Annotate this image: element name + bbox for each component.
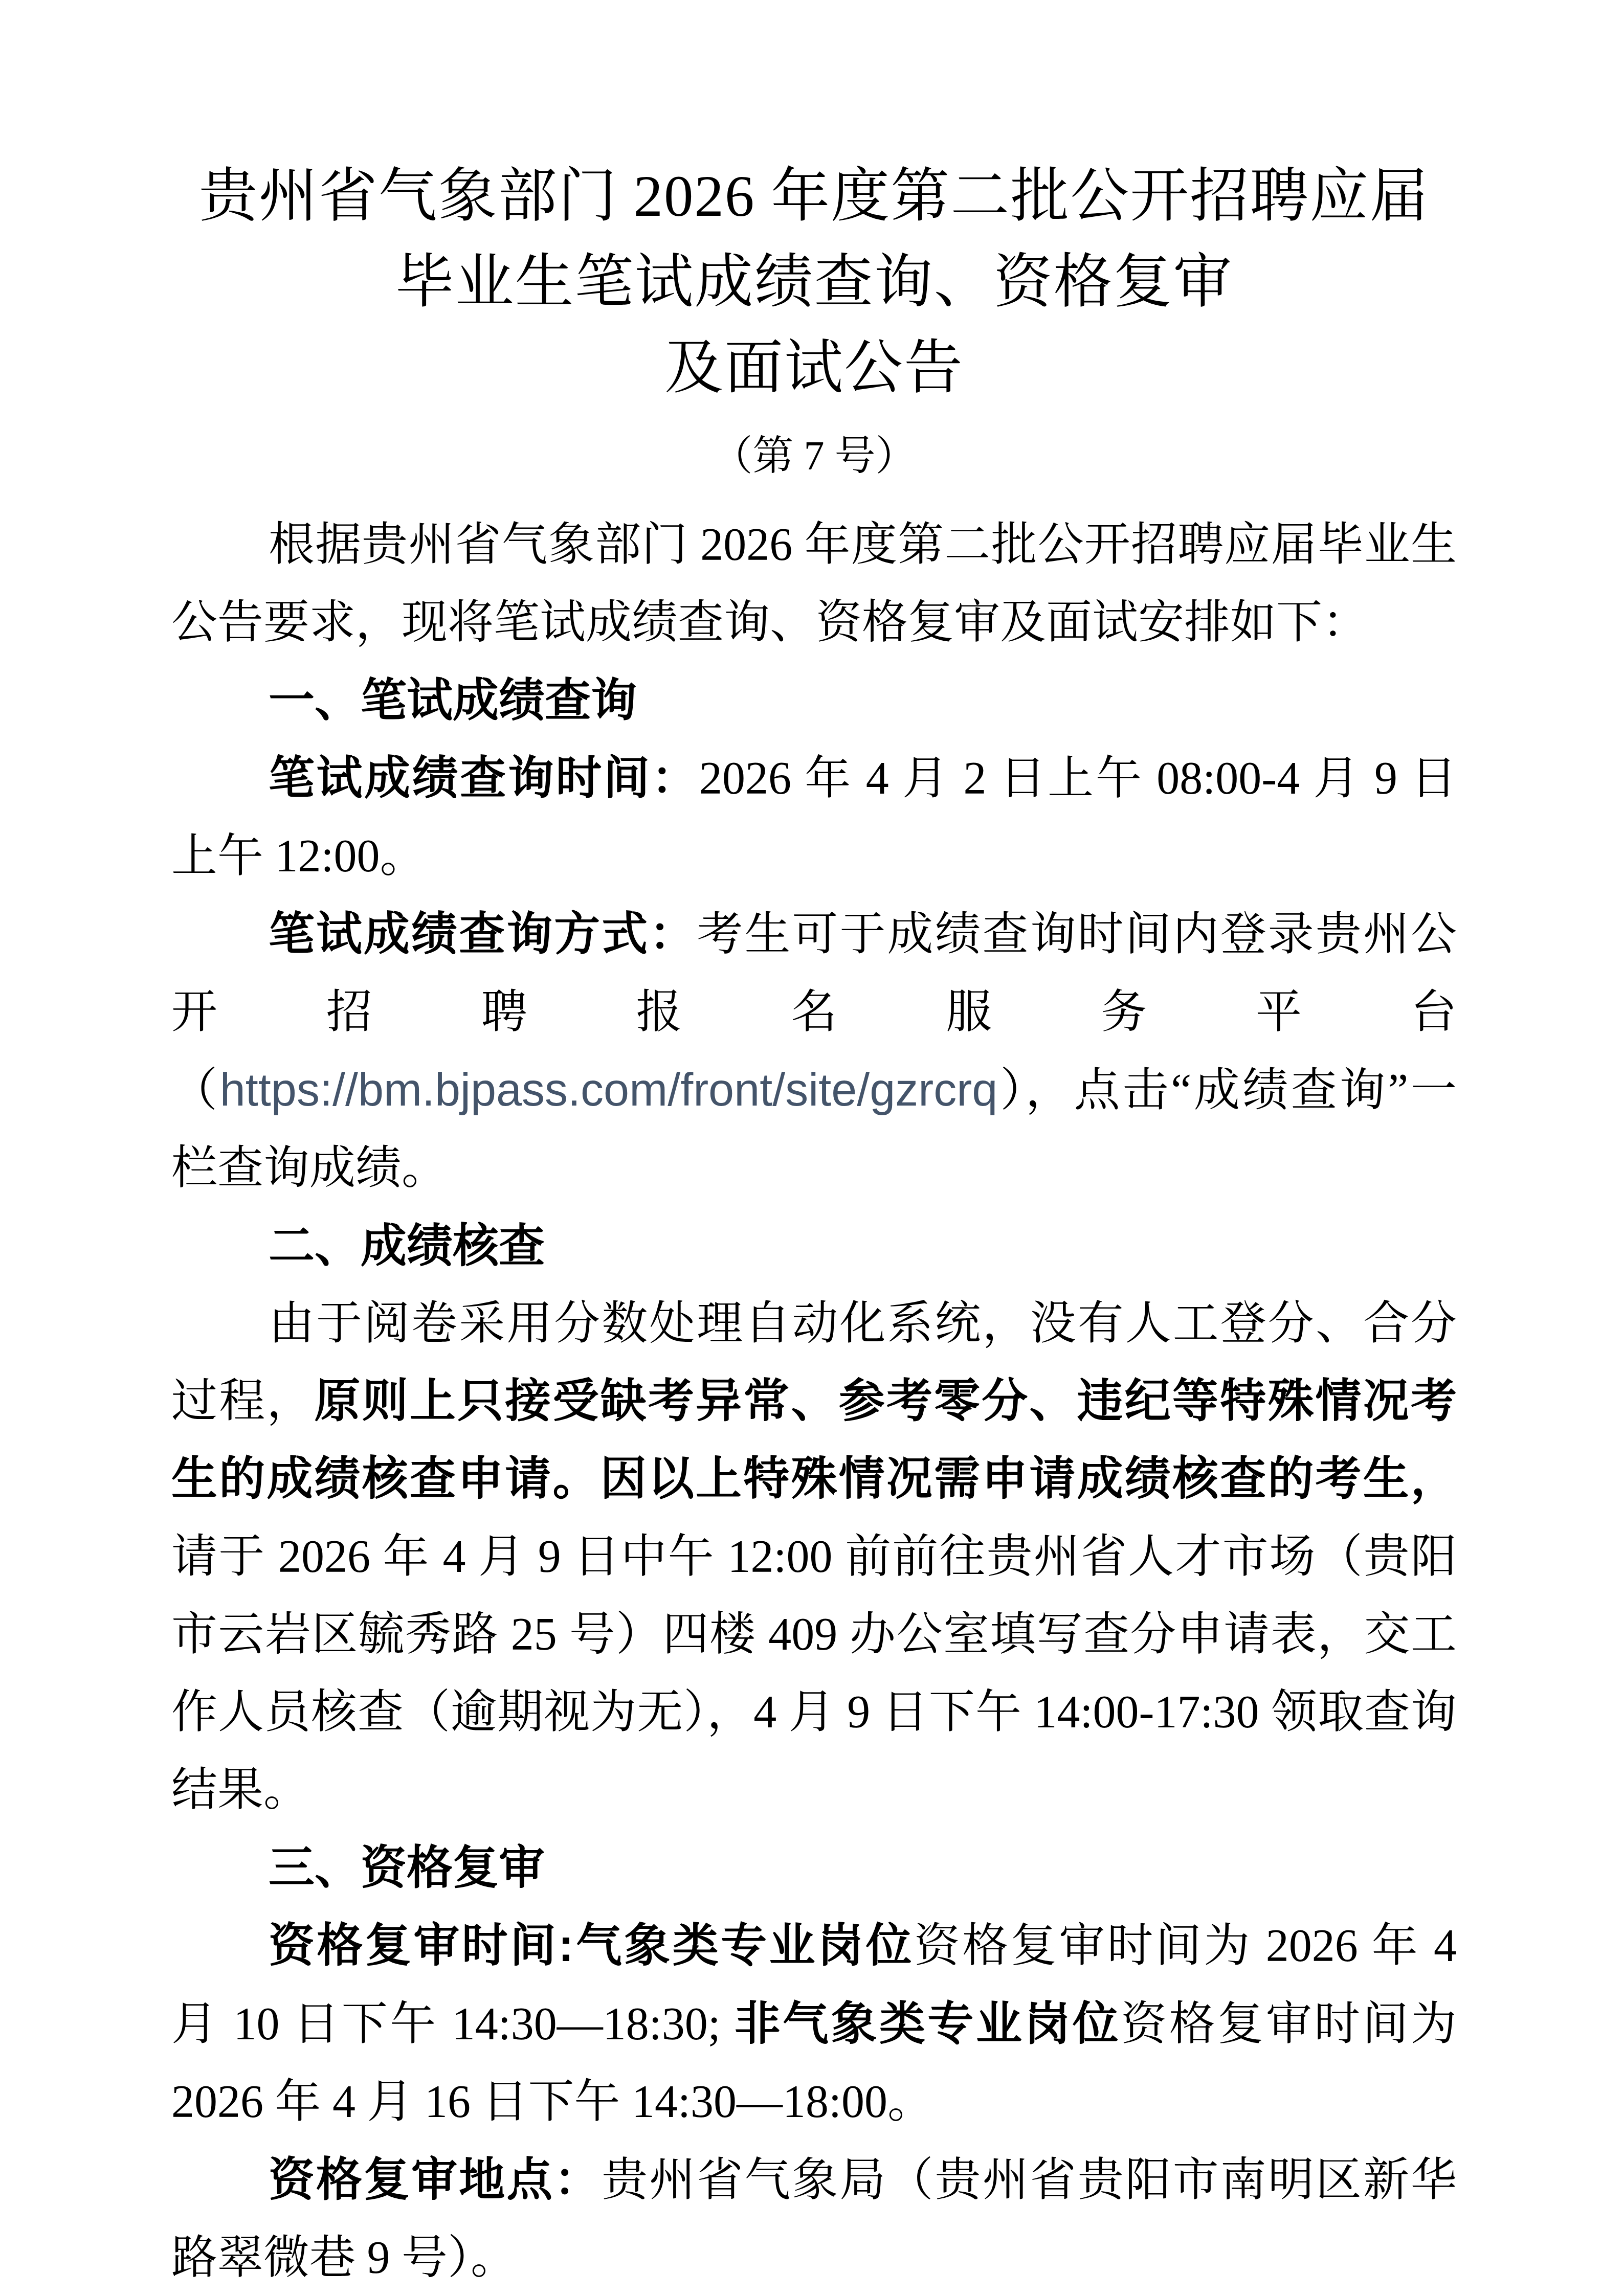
document-title: 贵州省气象部门 2026 年度第二批公开招聘应届 毕业生笔试成绩查询、资格复审 … [171, 153, 1457, 411]
registration-platform-link[interactable]: https://bm.bjpass.com/front/site/gzrcrq [220, 1065, 998, 1116]
issue-number: （第 7 号） [171, 432, 1457, 481]
score-verification-text-2: 请于 2026 年 4 月 9 日中午 12:00 前前往贵州省人才市场（贵阳市… [171, 1532, 1457, 1815]
section-2-heading: 二、成绩核查 [171, 1207, 1457, 1285]
qualification-review-time-label: 资格复审时间: [269, 1920, 574, 1971]
written-test-query-time-label: 笔试成绩查询时间： [269, 753, 699, 804]
document-title-line-1: 贵州省气象部门 2026 年度第二批公开招聘应届 [171, 153, 1457, 239]
document-body: 根据贵州省气象部门 2026 年度第二批公开招聘应届毕业生公告要求，现将笔试成绩… [171, 506, 1457, 2296]
meteorology-position-bold: 气象类专业岗位 [574, 1920, 914, 1971]
non-meteorology-position-bold: 非气象类专业岗位 [735, 1998, 1121, 2050]
document-title-line-3: 及面试公告 [171, 325, 1457, 411]
announcement-document-page: 贵州省气象部门 2026 年度第二批公开招聘应届 毕业生笔试成绩查询、资格复审 … [0, 0, 1624, 2296]
intro-text: 根据贵州省气象部门 2026 年度第二批公开招聘应届毕业生公告要求，现将笔试成绩… [171, 520, 1457, 648]
document-title-line-2: 毕业生笔试成绩查询、资格复审 [171, 239, 1457, 325]
score-verification-paragraph: 由于阅卷采用分数处理自动化系统，没有人工登分、合分过程，原则上只接受缺考异常、参… [171, 1285, 1457, 1829]
qualification-review-time-paragraph: 资格复审时间:气象类专业岗位资格复审时间为 2026 年 4 月 10 日下午 … [171, 1907, 1457, 2141]
qualification-review-place-paragraph: 资格复审地点：贵州省气象局（贵州省贵阳市南明区新华路翠微巷 9 号）。 [171, 2141, 1457, 2296]
written-test-query-method-label: 笔试成绩查询方式： [269, 909, 697, 960]
score-verification-bold-text: 原则上只接受缺考异常、参考零分、违纪等特殊情况考生的成绩核查申请。因以上特殊情况… [171, 1376, 1457, 1504]
written-test-query-method-paragraph: 笔试成绩查询方式：考生可于成绩查询时间内登录贵州公开招聘报名服务平台（https… [171, 895, 1457, 1207]
qualification-review-place-label: 资格复审地点： [269, 2154, 602, 2205]
section-1-heading: 一、笔试成绩查询 [171, 662, 1457, 739]
intro-paragraph: 根据贵州省气象部门 2026 年度第二批公开招聘应届毕业生公告要求，现将笔试成绩… [171, 506, 1457, 662]
section-3-heading: 三、资格复审 [171, 1829, 1457, 1907]
written-test-query-time-paragraph: 笔试成绩查询时间：2026 年 4 月 2 日上午 08:00-4 月 9 日上… [171, 739, 1457, 895]
